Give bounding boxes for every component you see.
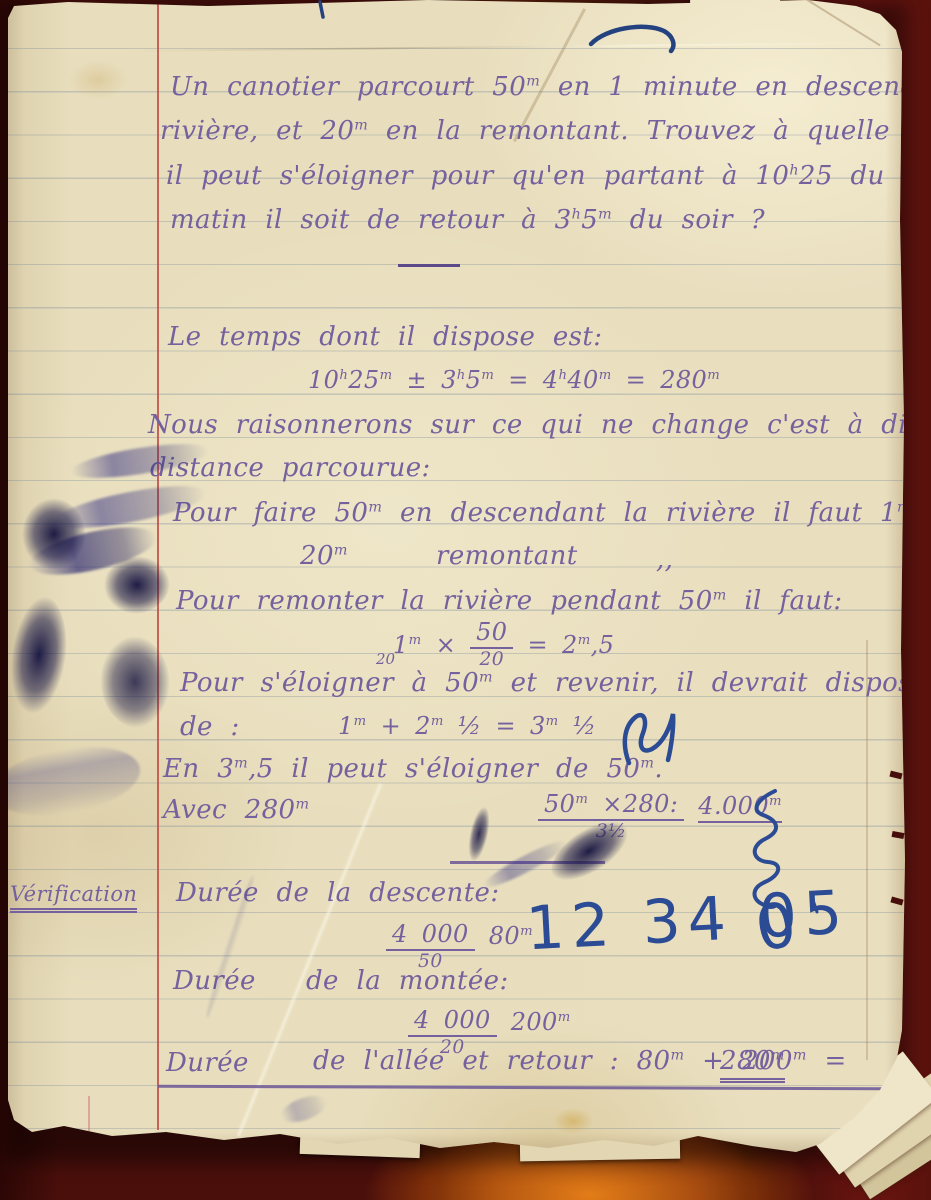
pen-doodle-u-shape [625,714,673,763]
pen-doodle-small-mark [812,897,817,912]
pen-doodle-zigzag [754,791,778,907]
pen-doodle-top-curve [591,27,673,51]
pen-doodles-layer [0,0,931,1200]
pen-doodle-top-tick [320,2,323,17]
